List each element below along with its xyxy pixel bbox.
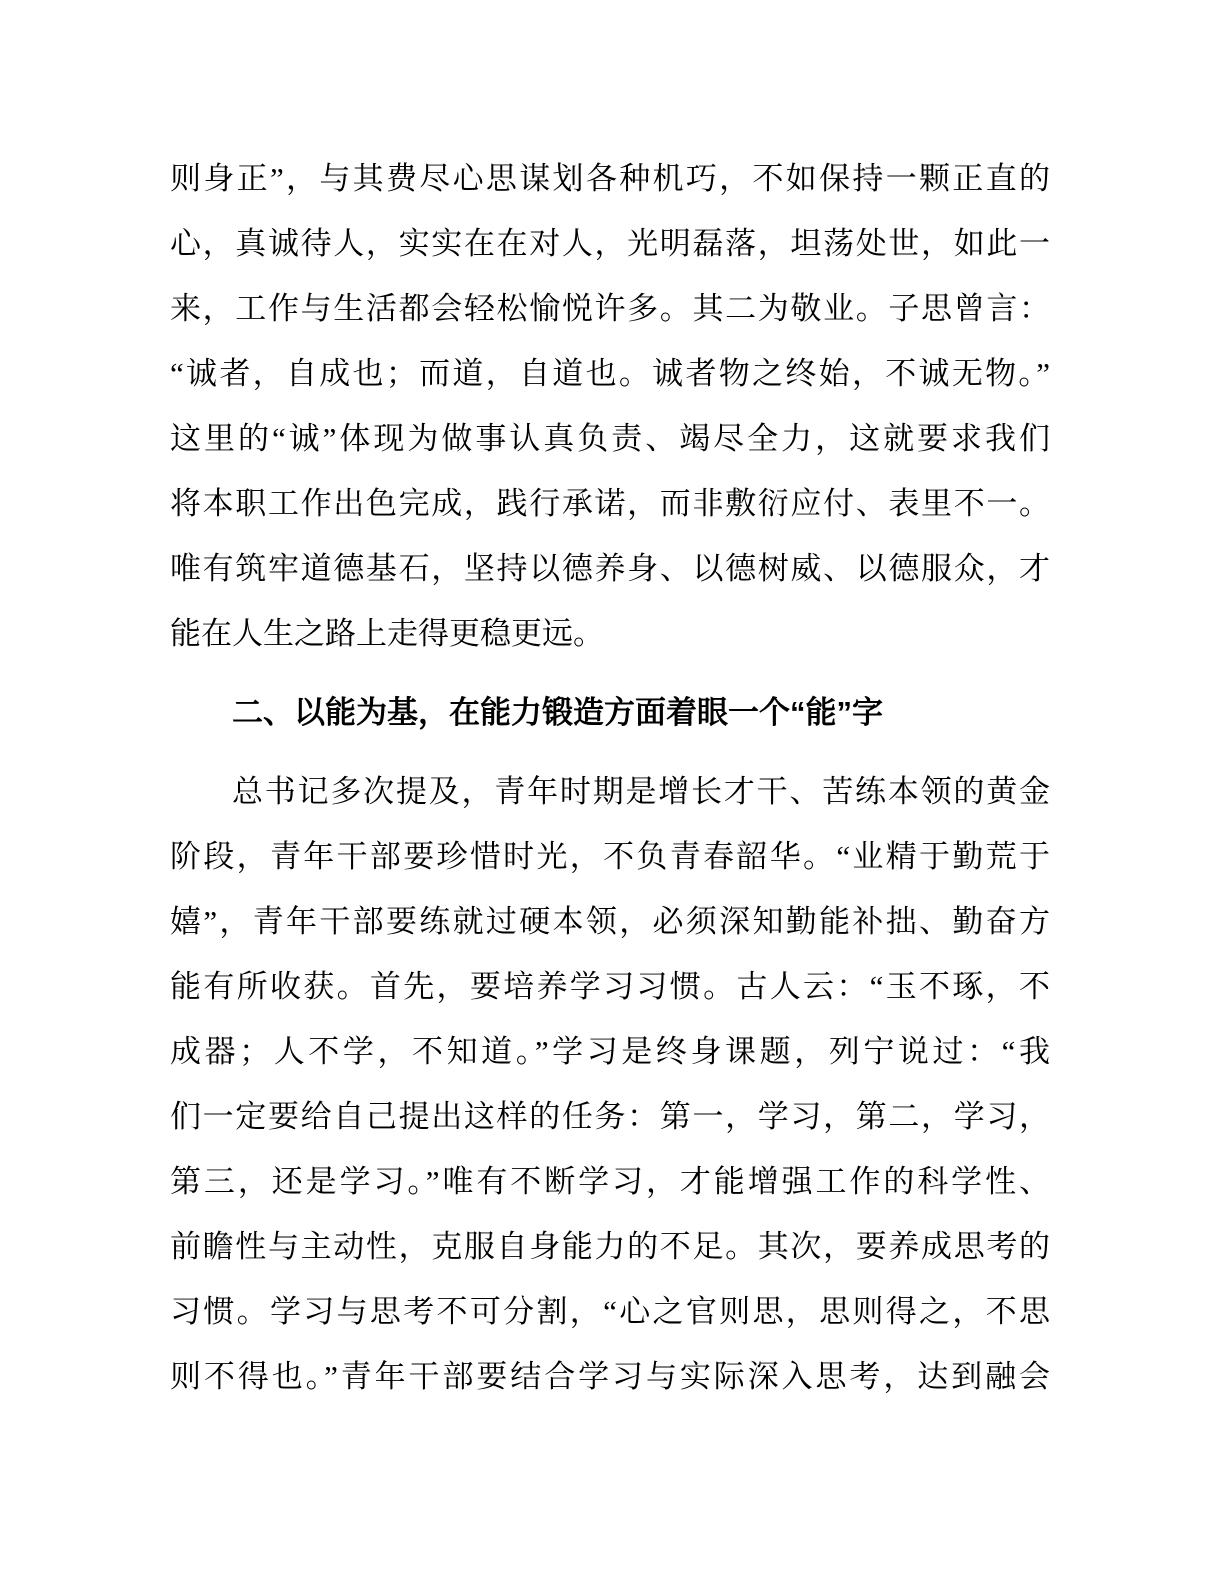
paragraph-ability-line: 嬉”，青年干部要练就过硬本领，必须深知勤能补拙、勤奋方	[170, 889, 1050, 954]
paragraph-moral-line: “诚者，自成也；而道，自道也。诚者物之终始，不诚无物。”	[170, 341, 1050, 406]
paragraph-moral-line: 来，工作与生活都会轻松愉悦许多。其二为敬业。子思曾言：	[170, 276, 1050, 341]
paragraph-ability-line: 们一定要给自己提出这样的任务：第一，学习，第二，学习，	[170, 1084, 1050, 1149]
paragraph-ability-line: 则不得也。”青年干部要结合学习与实际深入思考，达到融会	[170, 1344, 1050, 1409]
paragraph-ability-line: 第三，还是学习。”唯有不断学习，才能增强工作的科学性、	[170, 1149, 1050, 1214]
paragraph-ability-line: 习惯。学习与思考不可分割，“心之官则思，思则得之，不思	[170, 1279, 1050, 1344]
document-page: 则身正”，与其费尽心思谋划各种机巧，不如保持一颗正直的 心，真诚待人，实实在在对…	[0, 0, 1224, 1584]
paragraph-moral-line: 心，真诚待人，实实在在对人，光明磊落，坦荡处世，如此一	[170, 211, 1050, 276]
document-body: 则身正”，与其费尽心思谋划各种机巧，不如保持一颗正直的 心，真诚待人，实实在在对…	[0, 0, 1224, 1409]
paragraph-moral-line: 这里的“诚”体现为做事认真负责、竭尽全力，这就要求我们	[170, 406, 1050, 471]
paragraph-moral-line: 将本职工作出色完成，践行承诺，而非敷衍应付、表里不一。	[170, 471, 1050, 536]
paragraph-moral-line: 能在人生之路上走得更稳更远。	[170, 601, 1050, 666]
paragraph-ability-line: 成器；人不学，不知道。”学习是终身课题，列宁说过：“我	[170, 1019, 1050, 1084]
paragraph-ability-line: 阶段，青年干部要珍惜时光，不负青春韶华。“业精于勤荒于	[170, 824, 1050, 889]
section-2-heading: 二、以能为基，在能力锻造方面着眼一个“能”字	[170, 680, 1050, 745]
paragraph-moral-line: 则身正”，与其费尽心思谋划各种机巧，不如保持一颗正直的	[170, 146, 1050, 211]
paragraph-moral-line: 唯有筑牢道德基石，坚持以德养身、以德树威、以德服众，才	[170, 536, 1050, 601]
paragraph-ability-line: 前瞻性与主动性，克服自身能力的不足。其次，要养成思考的	[170, 1214, 1050, 1279]
paragraph-ability-line: 总书记多次提及，青年时期是增长才干、苦练本领的黄金	[170, 759, 1050, 824]
paragraph-ability-line: 能有所收获。首先，要培养学习习惯。古人云：“玉不琢，不	[170, 954, 1050, 1019]
